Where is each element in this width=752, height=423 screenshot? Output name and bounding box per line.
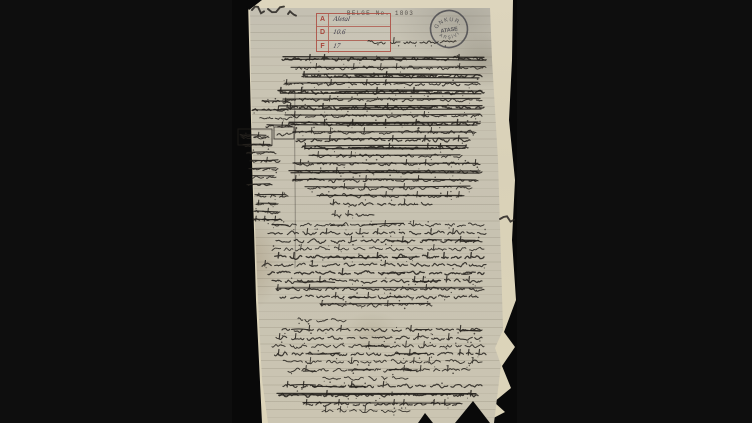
handwritten-text-layer bbox=[232, 0, 517, 423]
archive-photo-viewer: BELGE No. 1803 AAletalD10.6F17 GNKUR. AT… bbox=[0, 0, 752, 423]
document-photo: BELGE No. 1803 AAletalD10.6F17 GNKUR. AT… bbox=[232, 0, 517, 423]
